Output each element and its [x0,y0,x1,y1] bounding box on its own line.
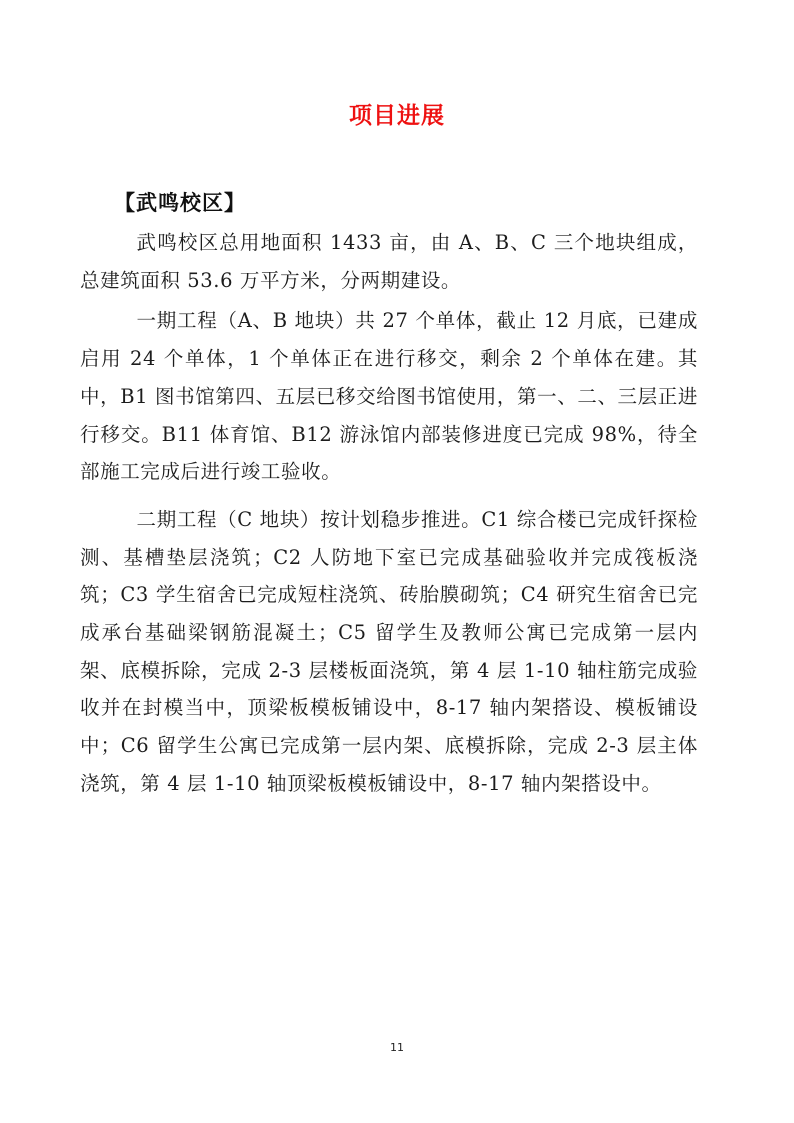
section-heading-wuming-campus: 【武鸣校区】 [114,186,246,220]
page-title: 项目进展 [0,98,794,134]
paragraph-overview: 武鸣校区总用地面积 1433 亩，由 A、B、C 三个地块组成，总建筑面积 53… [80,224,698,299]
paragraph-phase-one: 一期工程（A、B 地块）共 27 个单体，截止 12 月底，已建成启用 24 个… [80,302,698,491]
page-number: 11 [0,1041,794,1054]
body-text: 武鸣校区总用地面积 1433 亩，由 A、B、C 三个地块组成，总建筑面积 53… [80,224,698,813]
paragraph-phase-two: 二期工程（C 地块）按计划稳步推进。C1 综合楼已完成钎探检测、基槽垫层浇筑；C… [80,501,698,803]
